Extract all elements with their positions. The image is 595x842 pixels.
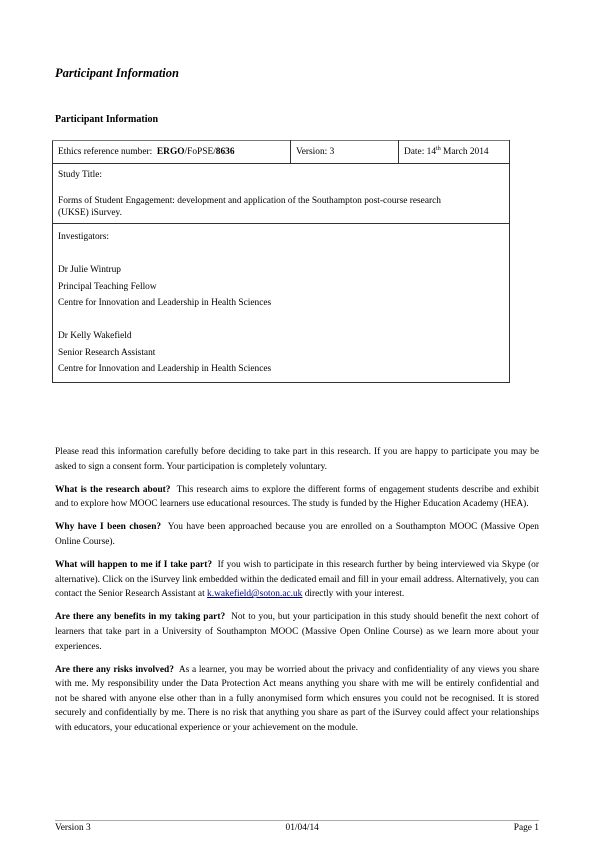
date-suffix: March 2014	[441, 147, 489, 157]
paragraph-heading: Why have I been chosen?	[55, 522, 161, 532]
ethics-reference-cell: Ethics reference number: ERGO/FoPSE/8636	[53, 141, 291, 164]
study-title-label: Study Title:	[58, 169, 504, 181]
date-prefix: Date: 14	[404, 147, 436, 157]
paragraph-heading: What is the research about?	[55, 485, 170, 495]
table-row: Investigators: Dr Julie Wintrup Principa…	[53, 224, 510, 383]
date-cell: Date: 14th March 2014	[399, 141, 510, 164]
what-happens-paragraph: What will happen to me if I take part? I…	[55, 558, 539, 602]
footer-date: 01/04/14	[286, 823, 319, 833]
ethics-ref-ergo: ERGO	[157, 147, 185, 157]
footer-divider	[55, 820, 539, 821]
footer-page-number: Page 1	[514, 823, 539, 833]
study-title-cell: Study Title: Forms of Student Engagement…	[53, 164, 510, 224]
body-text: Please read this information carefully b…	[55, 445, 539, 744]
investigator-name: Dr Julie Wintrup	[58, 262, 504, 279]
contact-email-link[interactable]: k.wakefield@soton.ac.uk	[207, 589, 302, 599]
ethics-ref-number: 8636	[216, 147, 235, 157]
risks-paragraph: Are there any risks involved? As a learn…	[55, 663, 539, 736]
paragraph-heading: What will happen to me if I take part?	[55, 560, 212, 570]
table-row: Ethics reference number: ERGO/FoPSE/8636…	[53, 141, 510, 164]
investigators-cell: Investigators: Dr Julie Wintrup Principa…	[53, 224, 510, 383]
section-title: Participant Information	[55, 114, 158, 125]
investigator-role: Principal Teaching Fellow	[58, 279, 504, 296]
table-row: Study Title: Forms of Student Engagement…	[53, 164, 510, 224]
footer-version: Version 3	[55, 823, 91, 833]
paragraph-heading: Are there any risks involved?	[55, 665, 174, 675]
benefits-paragraph: Are there any benefits in my taking part…	[55, 610, 539, 654]
ethics-reference-label: Ethics reference number:	[58, 147, 152, 157]
why-chosen-paragraph: Why have I been chosen? You have been ap…	[55, 520, 539, 549]
investigator-name: Dr Kelly Wakefield	[58, 328, 504, 345]
page-footer: Version 3 01/04/14 Page 1	[55, 823, 539, 833]
paragraph-heading: Are there any benefits in my taking part…	[55, 612, 225, 622]
investigator-unit: Centre for Innovation and Leadership in …	[58, 361, 504, 378]
ethics-ref-mid: /FoPSE/	[185, 147, 216, 157]
investigator-unit: Centre for Innovation and Leadership in …	[58, 295, 504, 312]
paragraph-text: directly with your interest.	[302, 589, 404, 599]
intro-paragraph: Please read this information carefully b…	[55, 445, 539, 474]
study-title: Forms of Student Engagement: development…	[58, 195, 504, 219]
investigator-role: Senior Research Assistant	[58, 345, 504, 362]
research-about-paragraph: What is the research about? This researc…	[55, 483, 539, 512]
document-title: Participant Information	[55, 66, 179, 81]
investigators-label: Investigators:	[58, 229, 504, 246]
version-cell: Version: 3	[291, 141, 399, 164]
study-info-table: Ethics reference number: ERGO/FoPSE/8636…	[52, 140, 510, 383]
